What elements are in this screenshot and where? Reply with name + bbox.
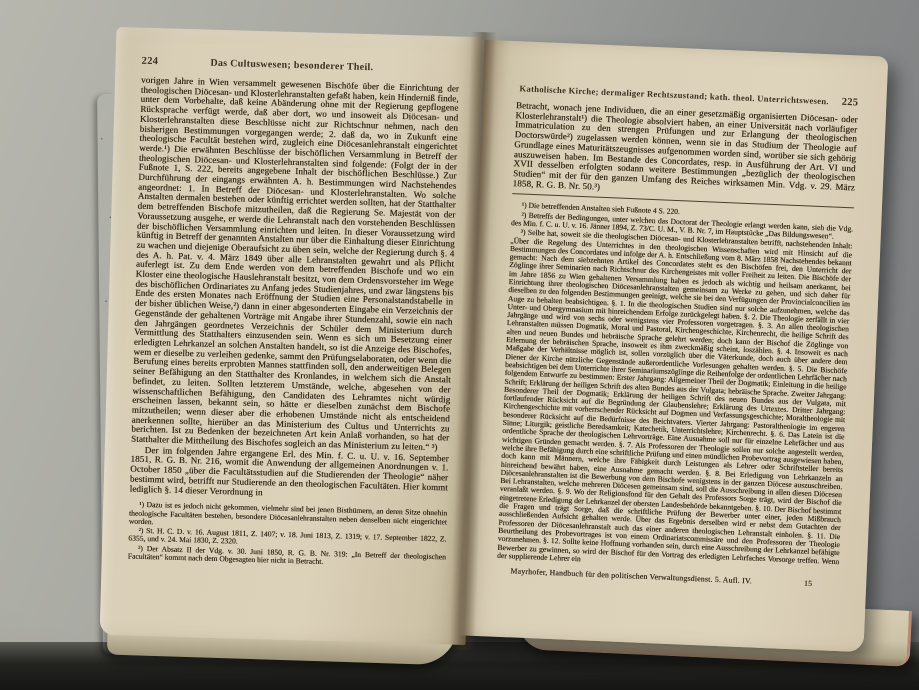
left-running-head: 224 Das Cultuswesen; besonderer Theil. [141,56,459,76]
left-body-text: vorigen Jahre in Wien versammelt gewesen… [130,76,460,503]
left-footnotes: ¹) Dazu ist es jedoch nicht gekommen, vi… [128,501,448,570]
sheet-number: 15 [804,579,839,589]
left-page-textblock: 224 Das Cultuswesen; besonderer Theil. v… [128,56,460,571]
book-photo: 224 Das Cultuswesen; besonderer Theil. v… [0,0,919,690]
right-body-text: Betracht, wonach jene Individuen, die an… [512,101,857,203]
left-page-number: 224 [141,56,158,67]
left-body-paragraph: vorigen Jahre in Wien versammelt gewesen… [131,76,459,453]
right-body-paragraph: Betracht, wonach jene Individuen, die an… [512,101,857,203]
right-page-number: 225 [841,97,858,109]
footnote: ³) Selbe hat, soweit sie die theologisch… [497,228,853,574]
right-page: Katholische Kirche; dermaliger Rechtszus… [460,40,889,652]
left-running-head-title: Das Cultuswesen; besonderer Theil. [210,58,407,74]
left-page: 224 Das Cultuswesen; besonderer Theil. v… [100,27,483,645]
open-book: 224 Das Cultuswesen; besonderer Theil. v… [88,22,870,654]
right-page-textblock: Katholische Kirche; dermaliger Rechtszus… [496,83,858,589]
right-footnotes: ¹) Die betreffenden Anstalten sieh Fußno… [497,201,854,574]
left-body-paragraph: Der im folgenden Jahre ergangene Erl. de… [130,445,449,502]
